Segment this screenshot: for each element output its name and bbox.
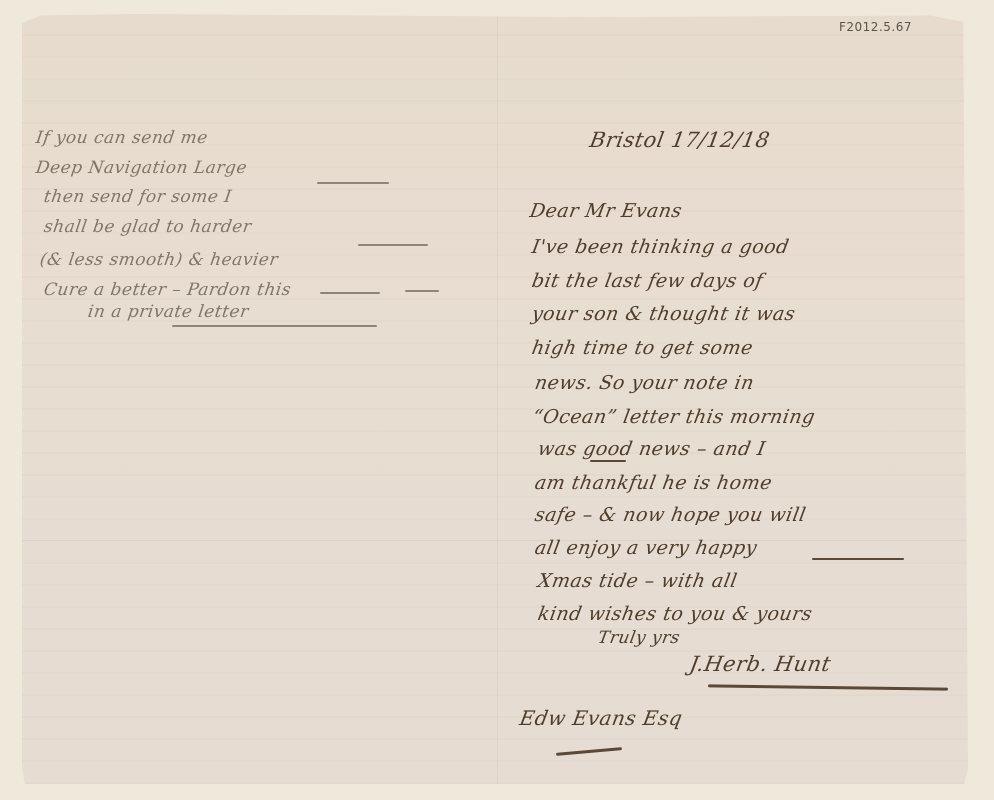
salutation: Dear Mr Evans	[528, 200, 684, 222]
body-line-3: your son & thought it was	[530, 303, 797, 325]
accession-number: F2012.5.67	[839, 20, 912, 34]
underline-pardon	[320, 292, 380, 294]
body-line-9: safe – & now hope you will	[533, 504, 808, 526]
body-line-2: bit the last few days of	[530, 270, 765, 292]
body-line-1: I've been thinking a good	[530, 236, 791, 258]
postscript-line-4: shall be glad to harder	[43, 217, 253, 237]
horizontal-fold-line	[22, 540, 968, 542]
underline-harder	[358, 244, 428, 246]
body-line-5: news. So your note in	[533, 372, 756, 394]
postscript-line-2: Deep Navigation Large	[35, 158, 249, 178]
body-line-10: all enjoy a very happy	[533, 537, 759, 559]
underline-large	[317, 182, 389, 184]
closing: Truly yrs	[596, 628, 681, 648]
underline-private-letter	[172, 325, 377, 327]
postscript-line-6: Cure a better – Pardon this	[43, 280, 293, 300]
underline-good	[590, 460, 626, 462]
body-line-12: kind wishes to you & yours	[536, 603, 814, 625]
body-line-6: “Ocean” letter this morning	[531, 406, 817, 428]
postscript-line-1: If you can send me	[35, 128, 210, 148]
signature: J.Herb. Hunt	[688, 652, 833, 676]
vertical-fold-line	[497, 14, 499, 784]
postscript-line-3: then send for some I	[43, 187, 233, 207]
place-and-date: Bristol 17/12/18	[588, 128, 772, 152]
body-line-7: was good news – and I	[536, 438, 767, 460]
body-line-4: high time to get some	[530, 337, 755, 359]
underline-happy	[812, 558, 904, 560]
underline-this	[405, 290, 439, 292]
body-line-8: am thankful he is home	[533, 472, 774, 494]
postscript-line-5: (& less smooth) & heavier	[39, 250, 280, 270]
addressee: Edw Evans Esq	[518, 706, 685, 730]
postscript-line-7: in a private letter	[87, 302, 250, 322]
body-line-11: Xmas tide – with all	[536, 570, 739, 592]
